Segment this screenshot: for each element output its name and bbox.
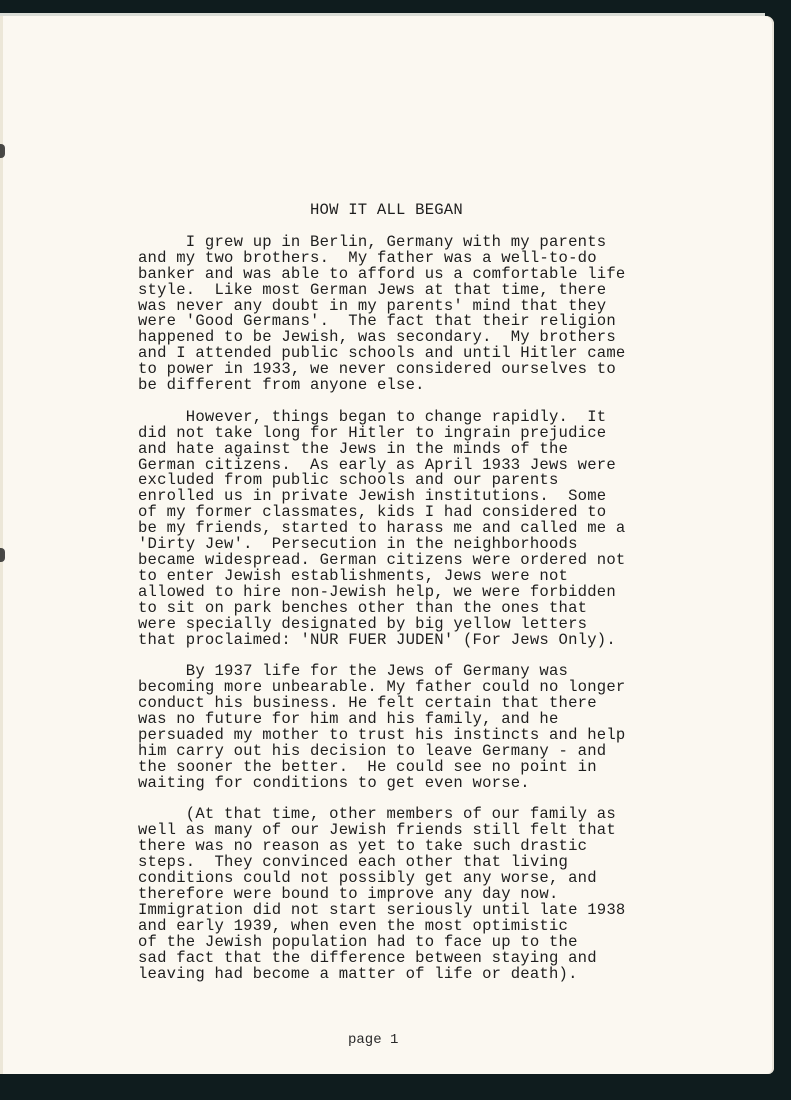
paragraph-4: (At that time, other members of our fami…	[138, 807, 638, 982]
text-line: be different from anyone else.	[138, 378, 638, 394]
text-line: leaving had become a matter of life or d…	[138, 967, 638, 983]
binding-hole-mark	[0, 144, 5, 158]
text-line: that proclaimed: 'NUR FUER JUDEN' (For J…	[138, 633, 638, 649]
paragraph-1: I grew up in Berlin, Germany with my par…	[138, 235, 638, 394]
paragraph-3: By 1937 life for the Jews of Germany was…	[138, 664, 638, 791]
document-body: HOW IT ALL BEGAN I grew up in Berlin, Ge…	[138, 203, 638, 998]
text-line: waiting for conditions to get even worse…	[138, 776, 638, 792]
binding-hole-mark	[0, 548, 5, 562]
document-title: HOW IT ALL BEGAN	[138, 203, 638, 219]
page-number: page 1	[348, 1032, 398, 1048]
paragraph-2: However, things began to change rapidly.…	[138, 410, 638, 649]
